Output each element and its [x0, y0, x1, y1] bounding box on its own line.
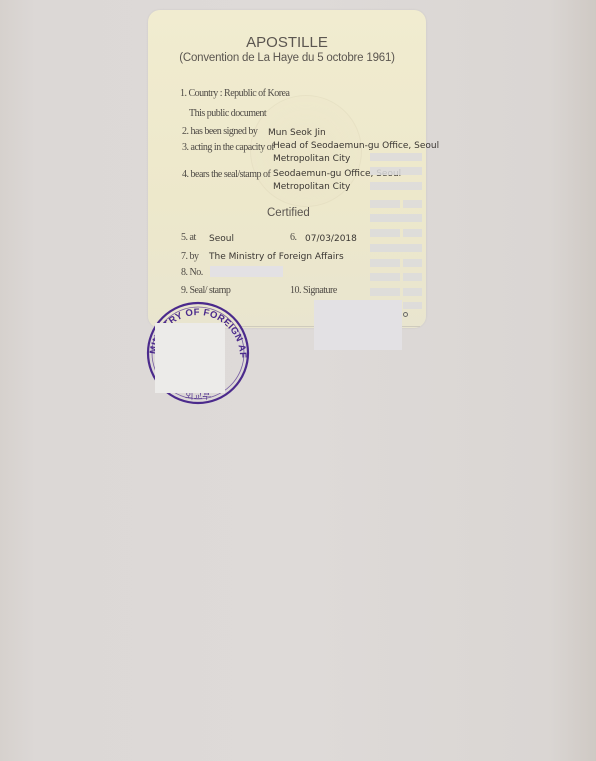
- redaction-bar: [403, 288, 422, 296]
- signature-redaction: [314, 300, 402, 350]
- date-value: 07/03/2018: [305, 233, 357, 246]
- redaction-bar: [370, 259, 400, 267]
- capacity-label: 3. acting in the capacity of: [182, 142, 274, 153]
- at-value: Seoul: [209, 233, 234, 246]
- certified-heading: Certified: [267, 207, 310, 219]
- redaction-bar: [403, 229, 422, 237]
- seal-of-label: 4. bears the seal/stamp of: [182, 169, 270, 180]
- document-subtitle: (Convention de La Haye du 5 octobre 1961…: [148, 52, 426, 64]
- signed-by-label: 2. has been signed by: [182, 126, 257, 137]
- signature-label: 10. Signature: [290, 285, 337, 296]
- redaction-bar: [370, 200, 400, 208]
- redaction-bar: [403, 273, 422, 281]
- document-title: APOSTILLE: [148, 34, 426, 51]
- number-redaction: [210, 266, 283, 277]
- public-document-label: This public document: [189, 108, 266, 119]
- date-label: 6.: [290, 232, 297, 243]
- redaction-bar: [370, 244, 422, 252]
- seal-of-value-line2: Metropolitan City: [273, 181, 350, 194]
- redaction-bar: [370, 229, 400, 237]
- number-label: 8. No.: [181, 267, 203, 278]
- by-value: The Ministry of Foreign Affairs: [209, 251, 344, 264]
- by-label: 7. by: [181, 251, 199, 262]
- redaction-bar: [370, 214, 422, 222]
- capacity-value-line2: Metropolitan City: [273, 153, 350, 166]
- capacity-value-line1: Head of Seodaemun-gu Office, Seoul: [273, 140, 439, 153]
- redaction-bar: [403, 302, 422, 309]
- ink-dot: [403, 312, 408, 317]
- redaction-bar: [403, 259, 422, 267]
- at-label: 5. at: [181, 232, 196, 243]
- redaction-bar: [370, 182, 422, 190]
- country-label: 1. Country : Republic of Korea: [180, 88, 289, 99]
- redaction-bar: [403, 200, 422, 208]
- redaction-bar: [370, 273, 400, 281]
- stamp-redaction: [155, 323, 225, 393]
- redaction-bar: [370, 288, 400, 296]
- signed-by-value: Mun Seok Jin: [268, 127, 326, 140]
- redaction-bar: [370, 153, 422, 161]
- redaction-bar: [370, 167, 422, 175]
